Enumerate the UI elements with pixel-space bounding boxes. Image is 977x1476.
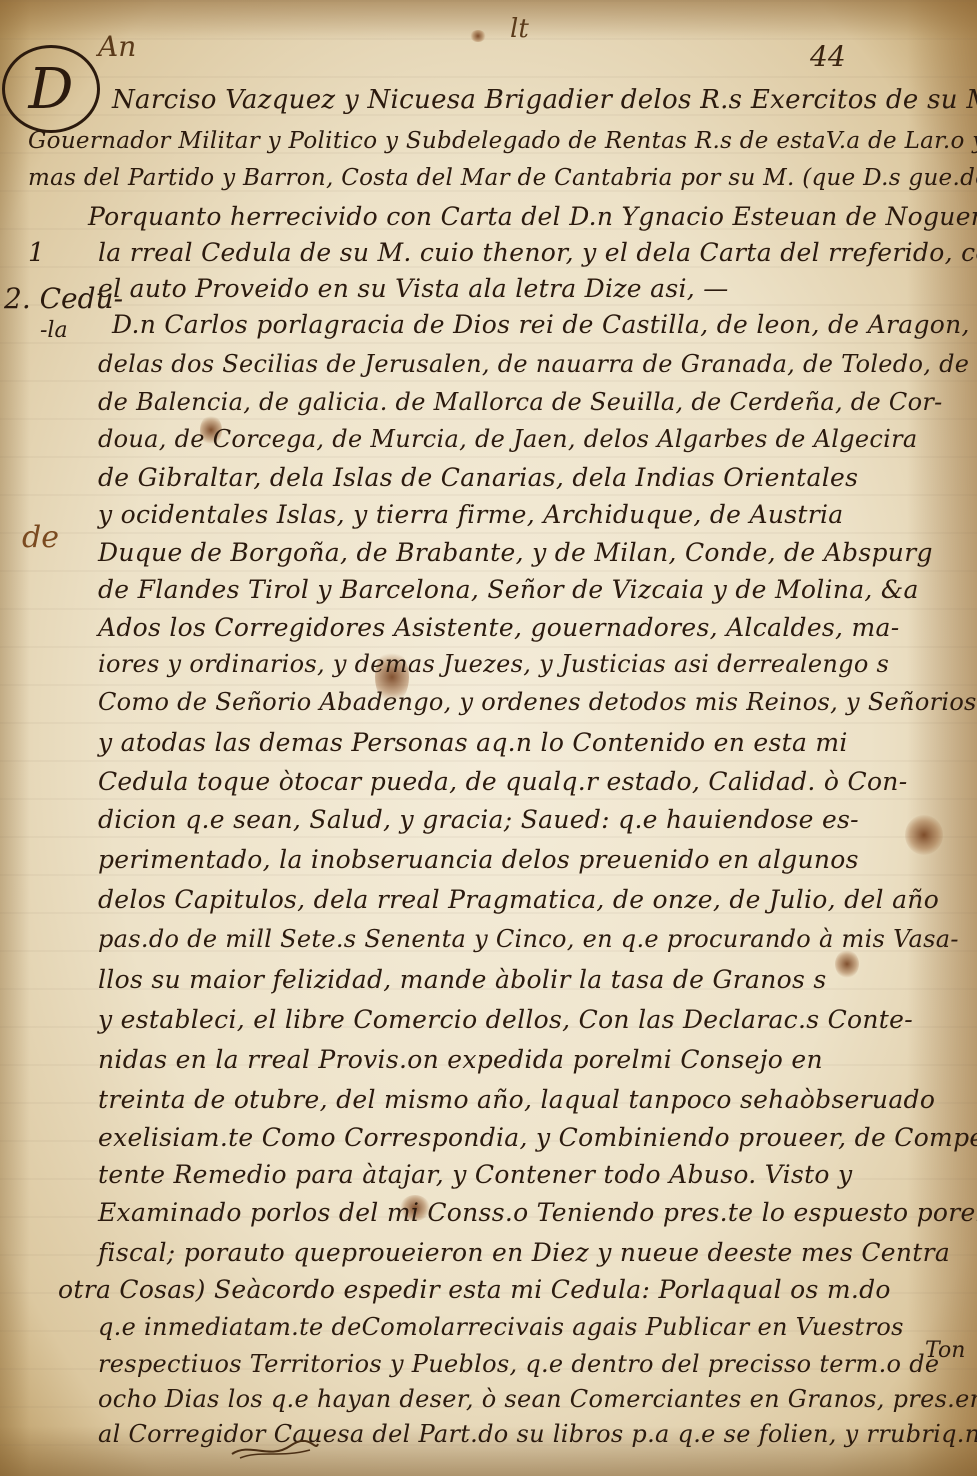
text-line: ocho Dias los q.e hayan deser, ò sean Co… <box>98 1385 977 1413</box>
text-line: otra Cosas) Seàcordo espedir esta mi Ced… <box>58 1275 891 1304</box>
text-line: y ocidentales Islas, y tierra firme, Arc… <box>98 500 843 529</box>
text-line: q.e inmediatam.te deComolarrecivais agai… <box>98 1313 904 1341</box>
text-line: exelisiam.te Como Correspondia, y Combin… <box>98 1123 977 1152</box>
corner-mark: An <box>98 30 136 63</box>
text-line: delas dos Secilias de Jerusalen, de naua… <box>98 350 969 378</box>
text-line: treinta de otubre, del mismo año, laqual… <box>98 1085 935 1114</box>
text-line: mas del Partido y Barron, Costa del Mar … <box>28 165 977 191</box>
text-line: Porquanto herrecivido con Carta del D.n … <box>88 202 977 231</box>
margin-note-1: 1 <box>28 238 45 268</box>
text-line: fiscal; porauto queproueieron en Diez y … <box>98 1238 950 1267</box>
center-mark: lt <box>510 14 529 44</box>
text-line: pas.do de mill Sete.s Senenta y Cinco, e… <box>98 925 959 953</box>
text-line: Como de Señorio Abadengo, y ordenes deto… <box>98 688 977 716</box>
text-line: D.n Carlos porlagracia de Dios rei de Ca… <box>112 310 970 339</box>
text-line: respectiuos Territorios y Pueblos, q.e d… <box>98 1350 939 1378</box>
text-line: doua, de Corcega, de Murcia, de Jaen, de… <box>98 425 917 453</box>
text-line: y atodas las demas Personas aq.n lo Cont… <box>98 728 848 757</box>
ink-stain <box>470 30 486 42</box>
ink-stain <box>905 815 943 855</box>
text-line: de Balencia, de galicia. de Mallorca de … <box>98 388 943 416</box>
text-line: de Gibraltar, dela Islas de Canarias, de… <box>98 463 858 492</box>
text-line: llos su maior felizidad, mande àbolir la… <box>98 965 826 994</box>
signature-flourish <box>230 1440 320 1460</box>
manuscript-page: An lt 44 D 1 2. Cedu- -la de Narciso Vaz… <box>0 0 977 1476</box>
text-line: y estableci, el libre Comercio dellos, C… <box>98 1005 913 1034</box>
margin-note-4: de <box>22 520 59 555</box>
margin-note-3: -la <box>40 318 68 343</box>
text-line: de Flandes Tirol y Barcelona, Señor de V… <box>98 575 919 604</box>
folio-number: 44 <box>810 40 846 73</box>
decorated-initial: D <box>2 45 100 133</box>
text-line: Ados los Corregidores Asistente, gouerna… <box>98 613 900 642</box>
text-line: Gouernador Militar y Politico y Subdeleg… <box>28 128 977 154</box>
text-line: iores y ordinarios, y demas Juezes, y Ju… <box>98 650 889 678</box>
text-line: Duque de Borgoña, de Brabante, y de Mila… <box>98 538 933 567</box>
text-line: Narciso Vazquez y Nicuesa Brigadier delo… <box>112 85 977 115</box>
text-line: nidas en la rreal Provis.on expedida por… <box>98 1045 823 1074</box>
text-line: el auto Proveido en su Vista ala letra D… <box>98 274 729 303</box>
corner-mark-bottom-right: Ton <box>925 1338 965 1363</box>
text-line: Examinado porlos del mi Conss.o Teniendo… <box>98 1198 977 1227</box>
text-line: tente Remedio para àtajar, y Contener to… <box>98 1160 852 1189</box>
text-line: dicion q.e sean, Salud, y gracia; Saued:… <box>98 805 859 834</box>
ink-stain <box>835 950 859 978</box>
text-line: Cedula toque òtocar pueda, de qualq.r es… <box>98 767 907 796</box>
text-line: perimentado, la inobseruancia delos preu… <box>98 845 859 874</box>
text-line: delos Capitulos, dela rreal Pragmatica, … <box>98 885 939 914</box>
text-line: la rreal Cedula de su M. cuio thenor, y … <box>98 238 977 267</box>
